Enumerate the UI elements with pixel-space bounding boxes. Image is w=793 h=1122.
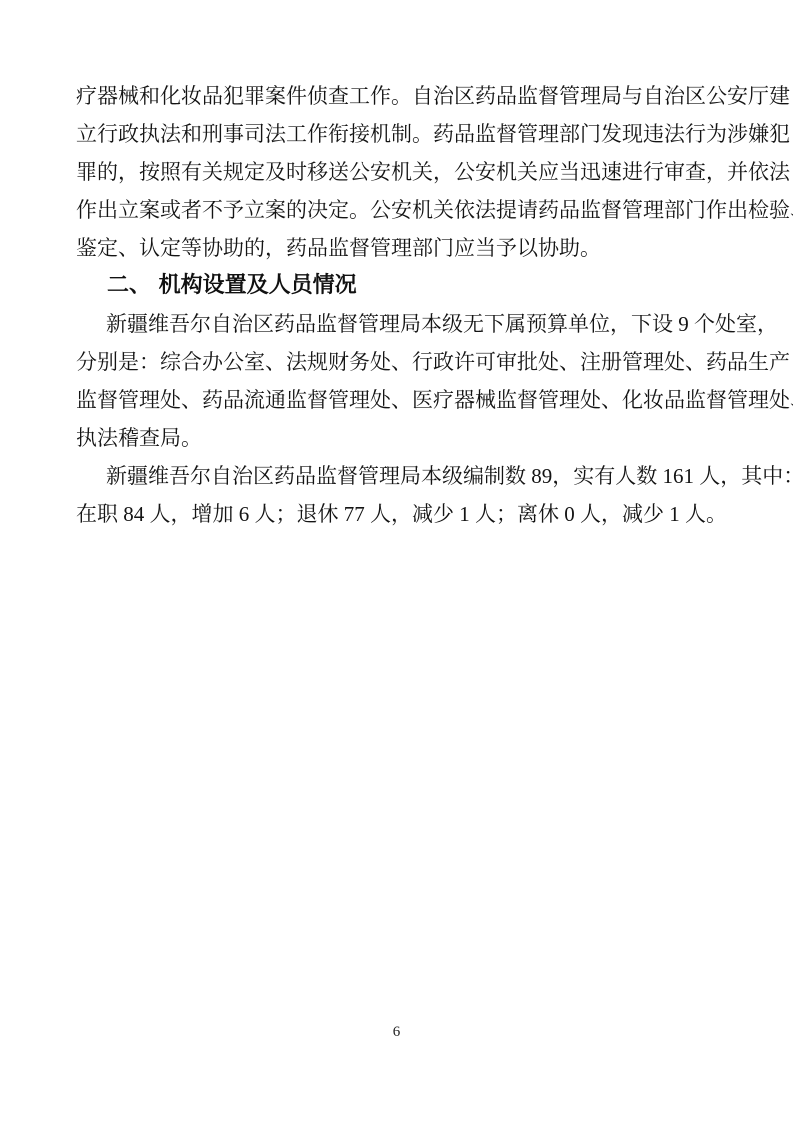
- paragraph-offices: 新疆维吾尔自治区药品监督管理局本级无下属预算单位，下设 9 个处室， 分别是：综…: [76, 305, 714, 457]
- paragraph-line: 在职 84 人，增加 6 人；退休 77 人，减少 1 人；离休 0 人，减少 …: [76, 495, 714, 533]
- paragraph-continuation: 疗器械和化妆品犯罪案件侦查工作。自治区药品监督管理局与自治区公安厅建 立行政执法…: [76, 77, 714, 267]
- section-heading: 二、 机构设置及人员情况: [76, 267, 714, 305]
- paragraph-line: 疗器械和化妆品犯罪案件侦查工作。自治区药品监督管理局与自治区公安厅建: [76, 77, 714, 115]
- paragraph-line: 作出立案或者不予立案的决定。公安机关依法提请药品监督管理部门作出检验、: [76, 191, 714, 229]
- paragraph-line: 监督管理处、药品流通监督管理处、医疗器械监督管理处、化妆品监督管理处、: [76, 381, 714, 419]
- paragraph-staffing: 新疆维吾尔自治区药品监督管理局本级编制数 89，实有人数 161 人，其中： 在…: [76, 457, 714, 533]
- paragraph-line: 执法稽查局。: [76, 419, 714, 457]
- paragraph-line: 分别是：综合办公室、法规财务处、行政许可审批处、注册管理处、药品生产: [76, 343, 714, 381]
- paragraph-line: 立行政执法和刑事司法工作衔接机制。药品监督管理部门发现违法行为涉嫌犯: [76, 115, 714, 153]
- paragraph-line: 鉴定、认定等协助的，药品监督管理部门应当予以协助。: [76, 229, 714, 267]
- document-page: 疗器械和化妆品犯罪案件侦查工作。自治区药品监督管理局与自治区公安厅建 立行政执法…: [0, 0, 793, 1122]
- paragraph-line: 新疆维吾尔自治区药品监督管理局本级无下属预算单位，下设 9 个处室，: [76, 305, 714, 343]
- page-footer: 6: [0, 1022, 793, 1042]
- paragraph-line: 新疆维吾尔自治区药品监督管理局本级编制数 89，实有人数 161 人，其中：: [76, 457, 714, 495]
- paragraph-line: 罪的，按照有关规定及时移送公安机关，公安机关应当迅速进行审查，并依法: [76, 153, 714, 191]
- document-body: 疗器械和化妆品犯罪案件侦查工作。自治区药品监督管理局与自治区公安厅建 立行政执法…: [76, 77, 714, 533]
- page-number: 6: [393, 1024, 401, 1040]
